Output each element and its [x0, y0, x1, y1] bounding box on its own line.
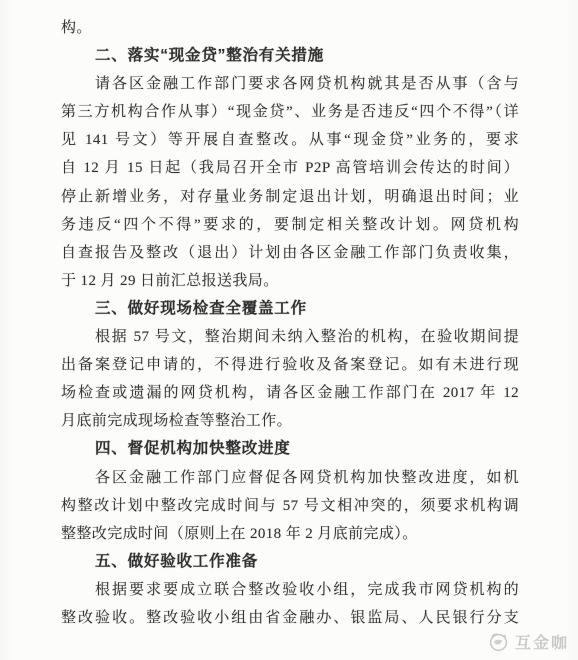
paragraph-line: 出备案登记申请的，不得进行验收及备案登记。如有未进行现 — [61, 351, 519, 379]
section-heading: 五、做好验收工作准备 — [61, 548, 519, 576]
watermark-label: 互金咖 — [515, 630, 569, 653]
paragraph-line: 于 12 月 29 日前汇总报送我局。 — [61, 267, 519, 295]
paragraph-line: 停止新增业务，对存量业务制定退出计划，明确退出时间；业 — [61, 183, 519, 211]
paragraph-line: 务违反“四个不得”要求的，要制定相关整改计划。网贷机构 — [61, 211, 519, 239]
paragraph-line: 整整改完成时间（原则上在 2018 年 2 月底前完成）。 — [61, 520, 519, 548]
scanned-document-page: 构。二、落实“现金贷”整治有关措施请各区金融工作部门要求各网贷机构就其是否从事（… — [0, 0, 578, 660]
watermark: 互金咖 — [487, 630, 569, 653]
document-body: 构。二、落实“现金贷”整治有关措施请各区金融工作部门要求各网贷机构就其是否从事（… — [61, 14, 519, 632]
paragraph-line: 请各区金融工作部门要求各网贷机构就其是否从事（含与 — [61, 70, 519, 98]
section-heading: 四、督促机构加快整改进度 — [61, 435, 519, 463]
paragraph-line: 整改验收。整改验收小组由省金融办、银监局、人民银行分支 — [61, 604, 519, 632]
paragraph-line: 各区金融工作部门应督促各网贷机构加快整改进度，如机 — [61, 464, 519, 492]
paragraph-line: 构整改计划中整改完成时间与 57 号文相冲突的，须要求机构调 — [61, 492, 519, 520]
paragraph-line: 见 141 号文）等开展自查整改。从事“现金贷”业务的，要求 — [61, 126, 519, 154]
paragraph-line: 自 12 月 15 日起（我局召开全市 P2P 高管培训会传达的时间） — [61, 154, 519, 182]
section-heading: 三、做好现场检查全覆盖工作 — [61, 295, 519, 323]
paragraph-line: 自查报告及整改（退出）计划由各区金融工作部门负责收集， — [61, 239, 519, 267]
hujinka-logo-icon — [487, 630, 510, 653]
paragraph-line: 月底前完成现场检查等整治工作。 — [61, 407, 519, 435]
paragraph-line: 根据要求要成立联合整改验收小组，完成我市网贷机构的 — [61, 576, 519, 604]
paragraph-line: 根据 57 号文，整治期间未纳入整治的机构，在验收期间提 — [61, 323, 519, 351]
section-heading: 二、落实“现金贷”整治有关措施 — [61, 42, 519, 70]
paragraph-line: 第三方机构合作从事）“现金贷”、业务是否违反“四个不得”（详 — [61, 98, 519, 126]
paragraph-line: 构。 — [61, 14, 519, 42]
paragraph-line: 场检查或遗漏的网贷机构，请各区金融工作部门在 2017 年 12 — [61, 379, 519, 407]
